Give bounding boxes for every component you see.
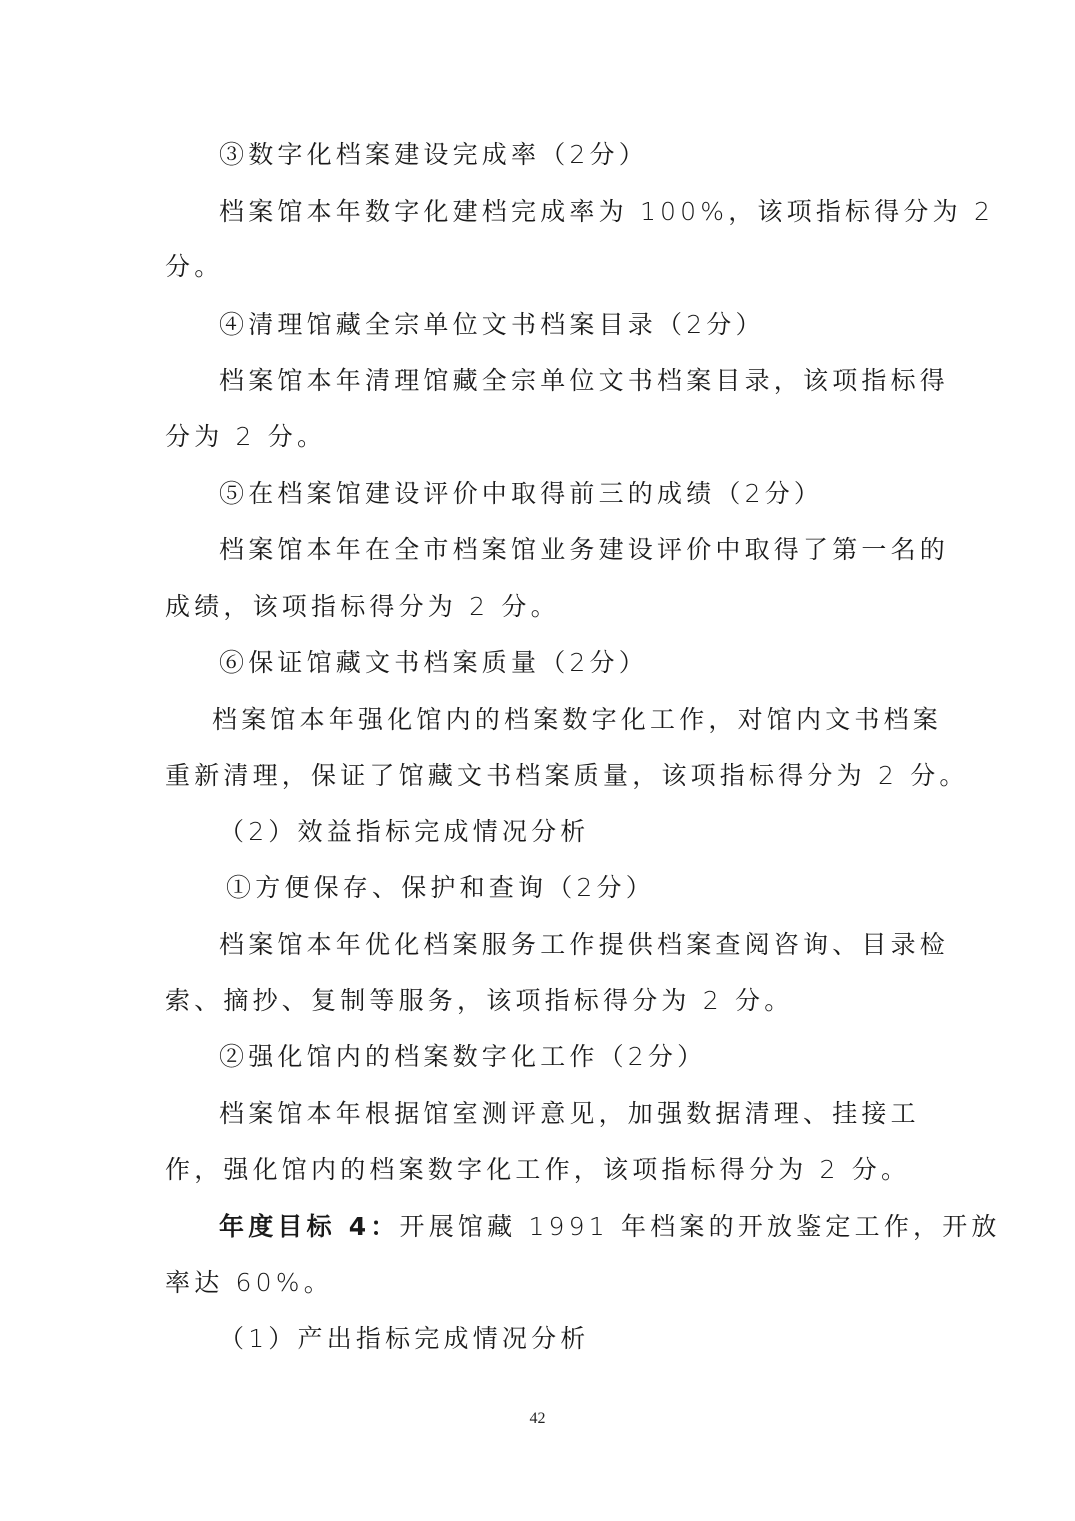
- item-heading-catalog-cleanup: ④清理馆藏全宗单位文书档案目录（2分）: [219, 310, 969, 340]
- annual-goal-label: 年度目标 4：: [219, 1212, 400, 1241]
- item-heading-digitization-rate: ③数字化档案建设完成率（2分）: [219, 140, 969, 170]
- paragraph-line: 档案馆本年强化馆内的档案数字化工作，对馆内文书档案: [212, 705, 914, 735]
- paragraph-line: 档案馆本年数字化建档完成率为 100%，该项指标得分为 2: [219, 197, 914, 227]
- item-heading-evaluation-rank: ⑤在档案馆建设评价中取得前三的成绩（2分）: [219, 479, 969, 509]
- item-heading-archive-quality: ⑥保证馆藏文书档案质量（2分）: [219, 648, 969, 678]
- paragraph-line: 重新清理，保证了馆藏文书档案质量，该项指标得分为 2 分。: [165, 761, 915, 791]
- page-number: 42: [0, 1410, 1075, 1428]
- paragraph-line: 分。: [165, 252, 915, 282]
- item-heading-digitization-work: ②强化馆内的档案数字化工作（2分）: [219, 1042, 969, 1072]
- section-heading-output-indicators: （1）产出指标完成情况分析: [219, 1324, 969, 1354]
- paragraph-line: 分为 2 分。: [165, 422, 915, 452]
- paragraph-line: 档案馆本年优化档案服务工作提供档案查阅咨询、目录检: [219, 930, 914, 960]
- paragraph-line: 索、摘抄、复制等服务，该项指标得分为 2 分。: [165, 986, 915, 1016]
- paragraph-line: 率达 60%。: [165, 1268, 915, 1298]
- paragraph-line: 档案馆本年根据馆室测评意见，加强数据清理、挂接工: [219, 1099, 914, 1129]
- document-page: ③数字化档案建设完成率（2分） 档案馆本年数字化建档完成率为 100%，该项指标…: [0, 0, 1075, 1521]
- paragraph-line: 作，强化馆内的档案数字化工作，该项指标得分为 2 分。: [165, 1155, 915, 1185]
- paragraph-line: 成绩，该项指标得分为 2 分。: [165, 592, 915, 622]
- section-heading-benefit-indicators: （2）效益指标完成情况分析: [219, 817, 969, 847]
- paragraph-line: 档案馆本年在全市档案馆业务建设评价中取得了第一名的: [219, 535, 914, 565]
- item-heading-convenient-storage: ①方便保存、保护和查询（2分）: [226, 873, 976, 903]
- paragraph-line: 档案馆本年清理馆藏全宗单位文书档案目录，该项指标得: [219, 366, 914, 396]
- annual-goal-line: 年度目标 4：开展馆藏 1991 年档案的开放鉴定工作，开放: [219, 1212, 914, 1242]
- annual-goal-text: 开展馆藏 1991 年档案的开放鉴定工作，开放: [400, 1212, 1001, 1241]
